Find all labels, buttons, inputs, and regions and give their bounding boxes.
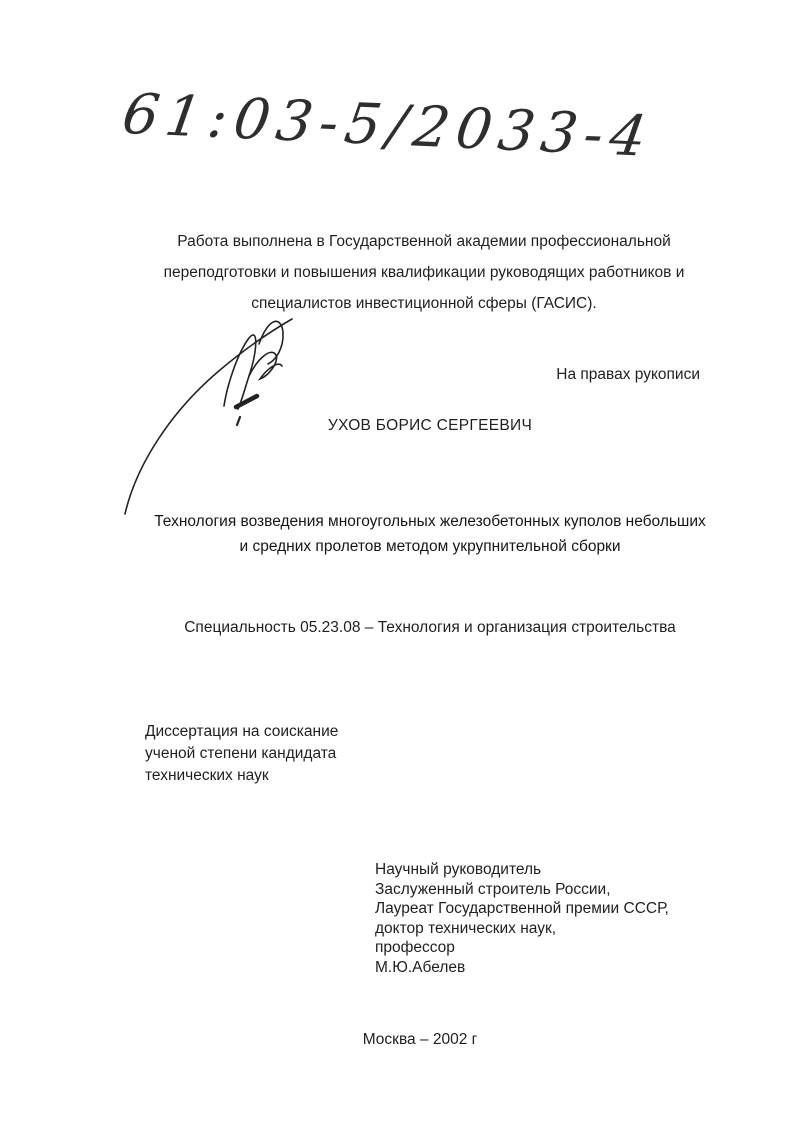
specialty-line: Специальность 05.23.08 – Технология и ор… <box>130 619 730 637</box>
handwritten-catalog-number: 61:03-5/2033-4 <box>118 82 657 170</box>
dissertation-type-line: ученой степени кандидата <box>145 743 338 765</box>
dissertation-type-line: технических наук <box>145 765 338 787</box>
signature-loop-stroke <box>249 352 282 379</box>
affiliation-line: специалистов инвестиционной сферы (ГАСИС… <box>148 288 700 319</box>
advisor-line: Заслуженный строитель России, <box>375 880 669 900</box>
manuscript-rights-note: На правах рукописи <box>556 366 700 384</box>
advisor-line: профессор <box>375 938 669 958</box>
affiliation-paragraph: Работа выполнена в Государственной акаде… <box>148 226 700 319</box>
signature-scribble <box>108 308 308 523</box>
affiliation-line: Работа выполнена в Государственной акаде… <box>148 226 700 257</box>
dissertation-title-page: 61:03-5/2033-4 Работа выполнена в Госуда… <box>0 0 793 1122</box>
dissertation-title: Технология возведения многоугольных желе… <box>130 509 730 559</box>
author-name: УХОВ БОРИС СЕРГЕЕВИЧ <box>150 417 710 435</box>
advisor-line: Научный руководитель <box>375 860 669 880</box>
signature-loop-stroke <box>224 335 256 409</box>
dissertation-type-block: Диссертация на соискание ученой степени … <box>145 721 338 787</box>
title-line: и средних пролетов методом укрупнительно… <box>130 534 730 559</box>
title-line: Технология возведения многоугольных желе… <box>130 509 730 534</box>
signature-dash-stroke <box>236 396 257 407</box>
advisor-line: М.Ю.Абелев <box>375 958 669 978</box>
city-year-line: Москва – 2002 г <box>130 1031 710 1049</box>
dissertation-type-line: Диссертация на соискание <box>145 721 338 743</box>
advisor-line: Лауреат Государственной премии СССР, <box>375 899 669 919</box>
advisor-block: Научный руководитель Заслуженный строите… <box>375 860 669 977</box>
signature-flourish-stroke <box>259 321 283 364</box>
affiliation-line: переподготовки и повышения квалификации … <box>148 257 700 288</box>
advisor-line: доктор технических наук, <box>375 919 669 939</box>
